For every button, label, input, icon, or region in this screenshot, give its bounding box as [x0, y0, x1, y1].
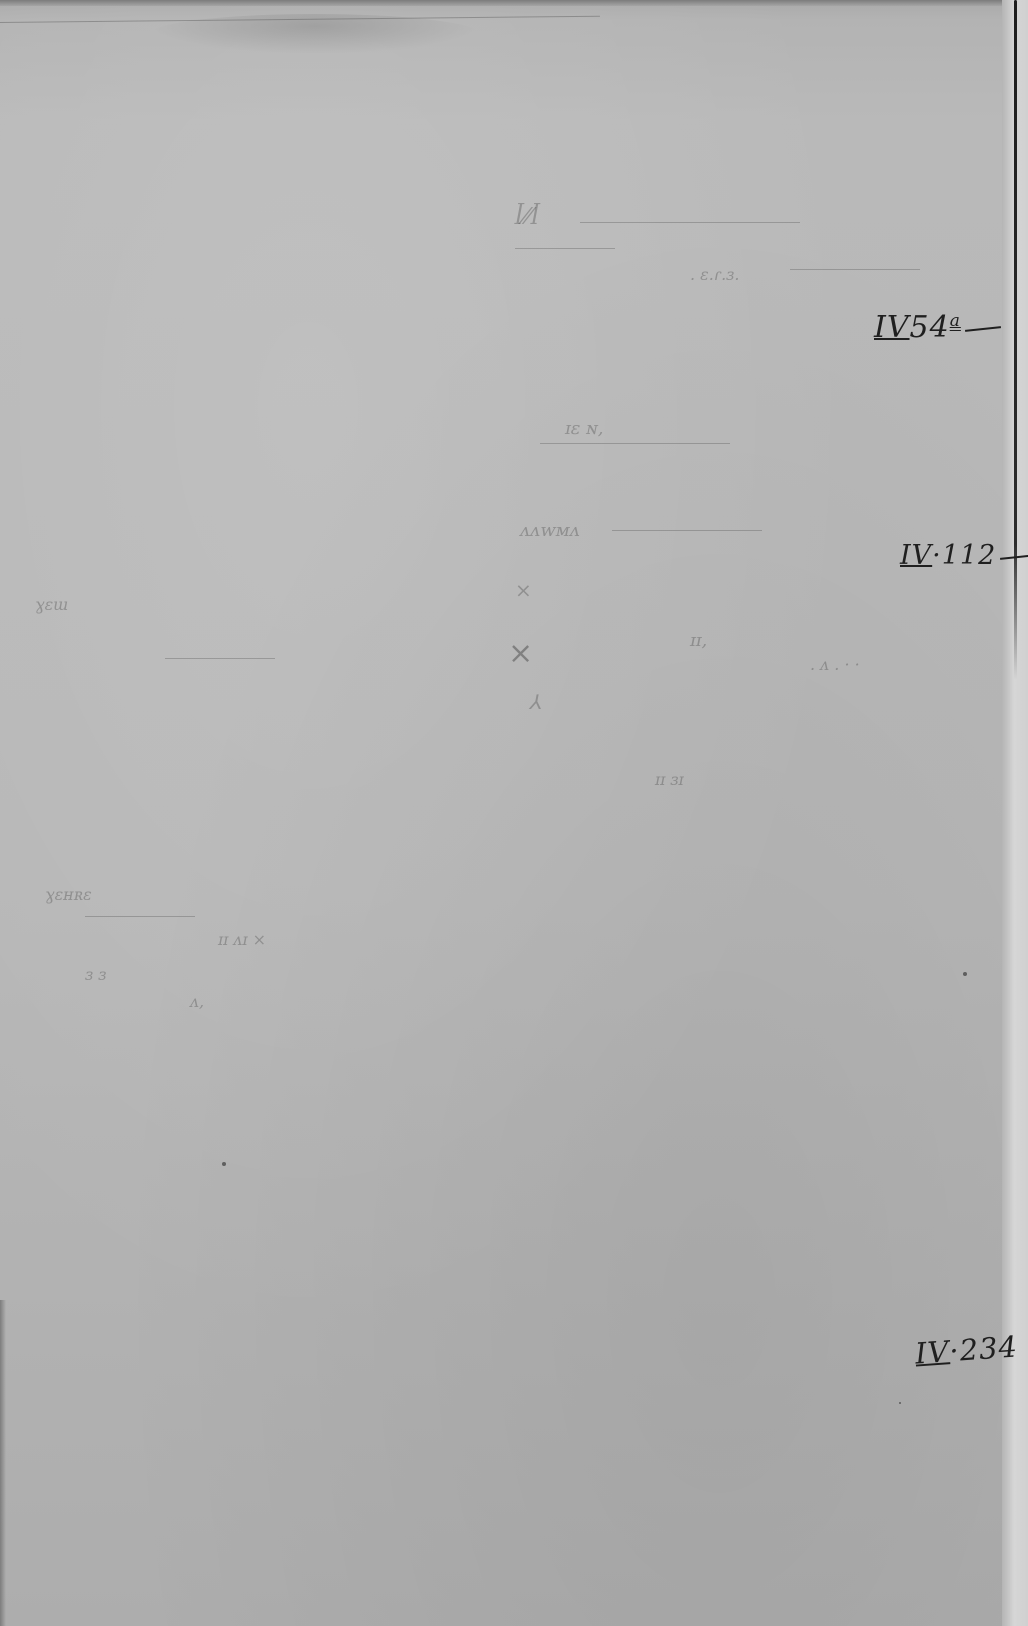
note-page: ·234: [948, 1329, 1019, 1368]
ghost-rule: [85, 916, 195, 917]
ghost-rule: [612, 530, 762, 531]
note-superscript: a: [950, 311, 961, 331]
ghost-mark: ꟾ⁄⁄ꟾ: [515, 205, 540, 230]
ghost-mark: ɪɪ,: [690, 630, 707, 651]
note-volume: IV: [874, 310, 910, 345]
ghost-mark: ⅄: [530, 690, 542, 714]
note-volume: IV: [914, 1334, 951, 1370]
ghost-mark: . ɛ.ɾ.ɜ.: [690, 265, 739, 284]
ghost-rule: [790, 269, 920, 270]
ghost-mark: ɪɛ ɴ,: [565, 418, 604, 439]
ink-speck: [222, 1162, 226, 1166]
note-dash: [965, 326, 1001, 332]
ghost-rule: [515, 248, 615, 249]
ghost-rule: [165, 658, 275, 659]
ghost-mark: ɣɛʜʀɛ: [45, 885, 92, 904]
note-page: ·112: [932, 540, 996, 571]
scanned-page: ꟾ⁄⁄ꟾ . ɛ.ɾ.ɜ. ɪɛ ɴ, ᴧᴧᴡᴍᴧ × × ⅄ ɪɪ, ɣɛɯ …: [0, 0, 1028, 1626]
note-page: 54: [910, 310, 950, 345]
reference-note: IV·112: [900, 540, 1028, 571]
ghost-mark: ɪɪ ᴧɪ ×: [218, 930, 266, 949]
ghost-mark: ᴧ,: [190, 992, 204, 1011]
ghost-cross-mark: ×: [508, 636, 533, 671]
ghost-mark: ɪɪ ɜɪ: [655, 770, 684, 789]
page-left-edge-shadow: [0, 1300, 6, 1626]
ghost-mark: . ᴧ . · ·: [810, 655, 860, 674]
binding-edge: [1014, 0, 1017, 680]
water-stain: [150, 14, 480, 54]
ink-speck: [963, 972, 967, 976]
ghost-rule: [580, 222, 800, 223]
page-top-edge: [0, 0, 1010, 6]
reference-note: IV54a: [874, 310, 1001, 345]
note-volume: IV: [900, 540, 932, 571]
ghost-mark: ᴧᴧᴡᴍᴧ: [520, 520, 580, 541]
ghost-mark: ɜ ɜ: [85, 965, 106, 984]
ghost-rule: [540, 443, 730, 444]
ghost-cross-mark: ×: [515, 578, 532, 602]
note-dash: [1000, 554, 1028, 560]
ghost-mark: ɣɛɯ: [35, 595, 68, 614]
ink-speck: [899, 1402, 901, 1404]
reference-note: IV·234: [914, 1329, 1019, 1370]
